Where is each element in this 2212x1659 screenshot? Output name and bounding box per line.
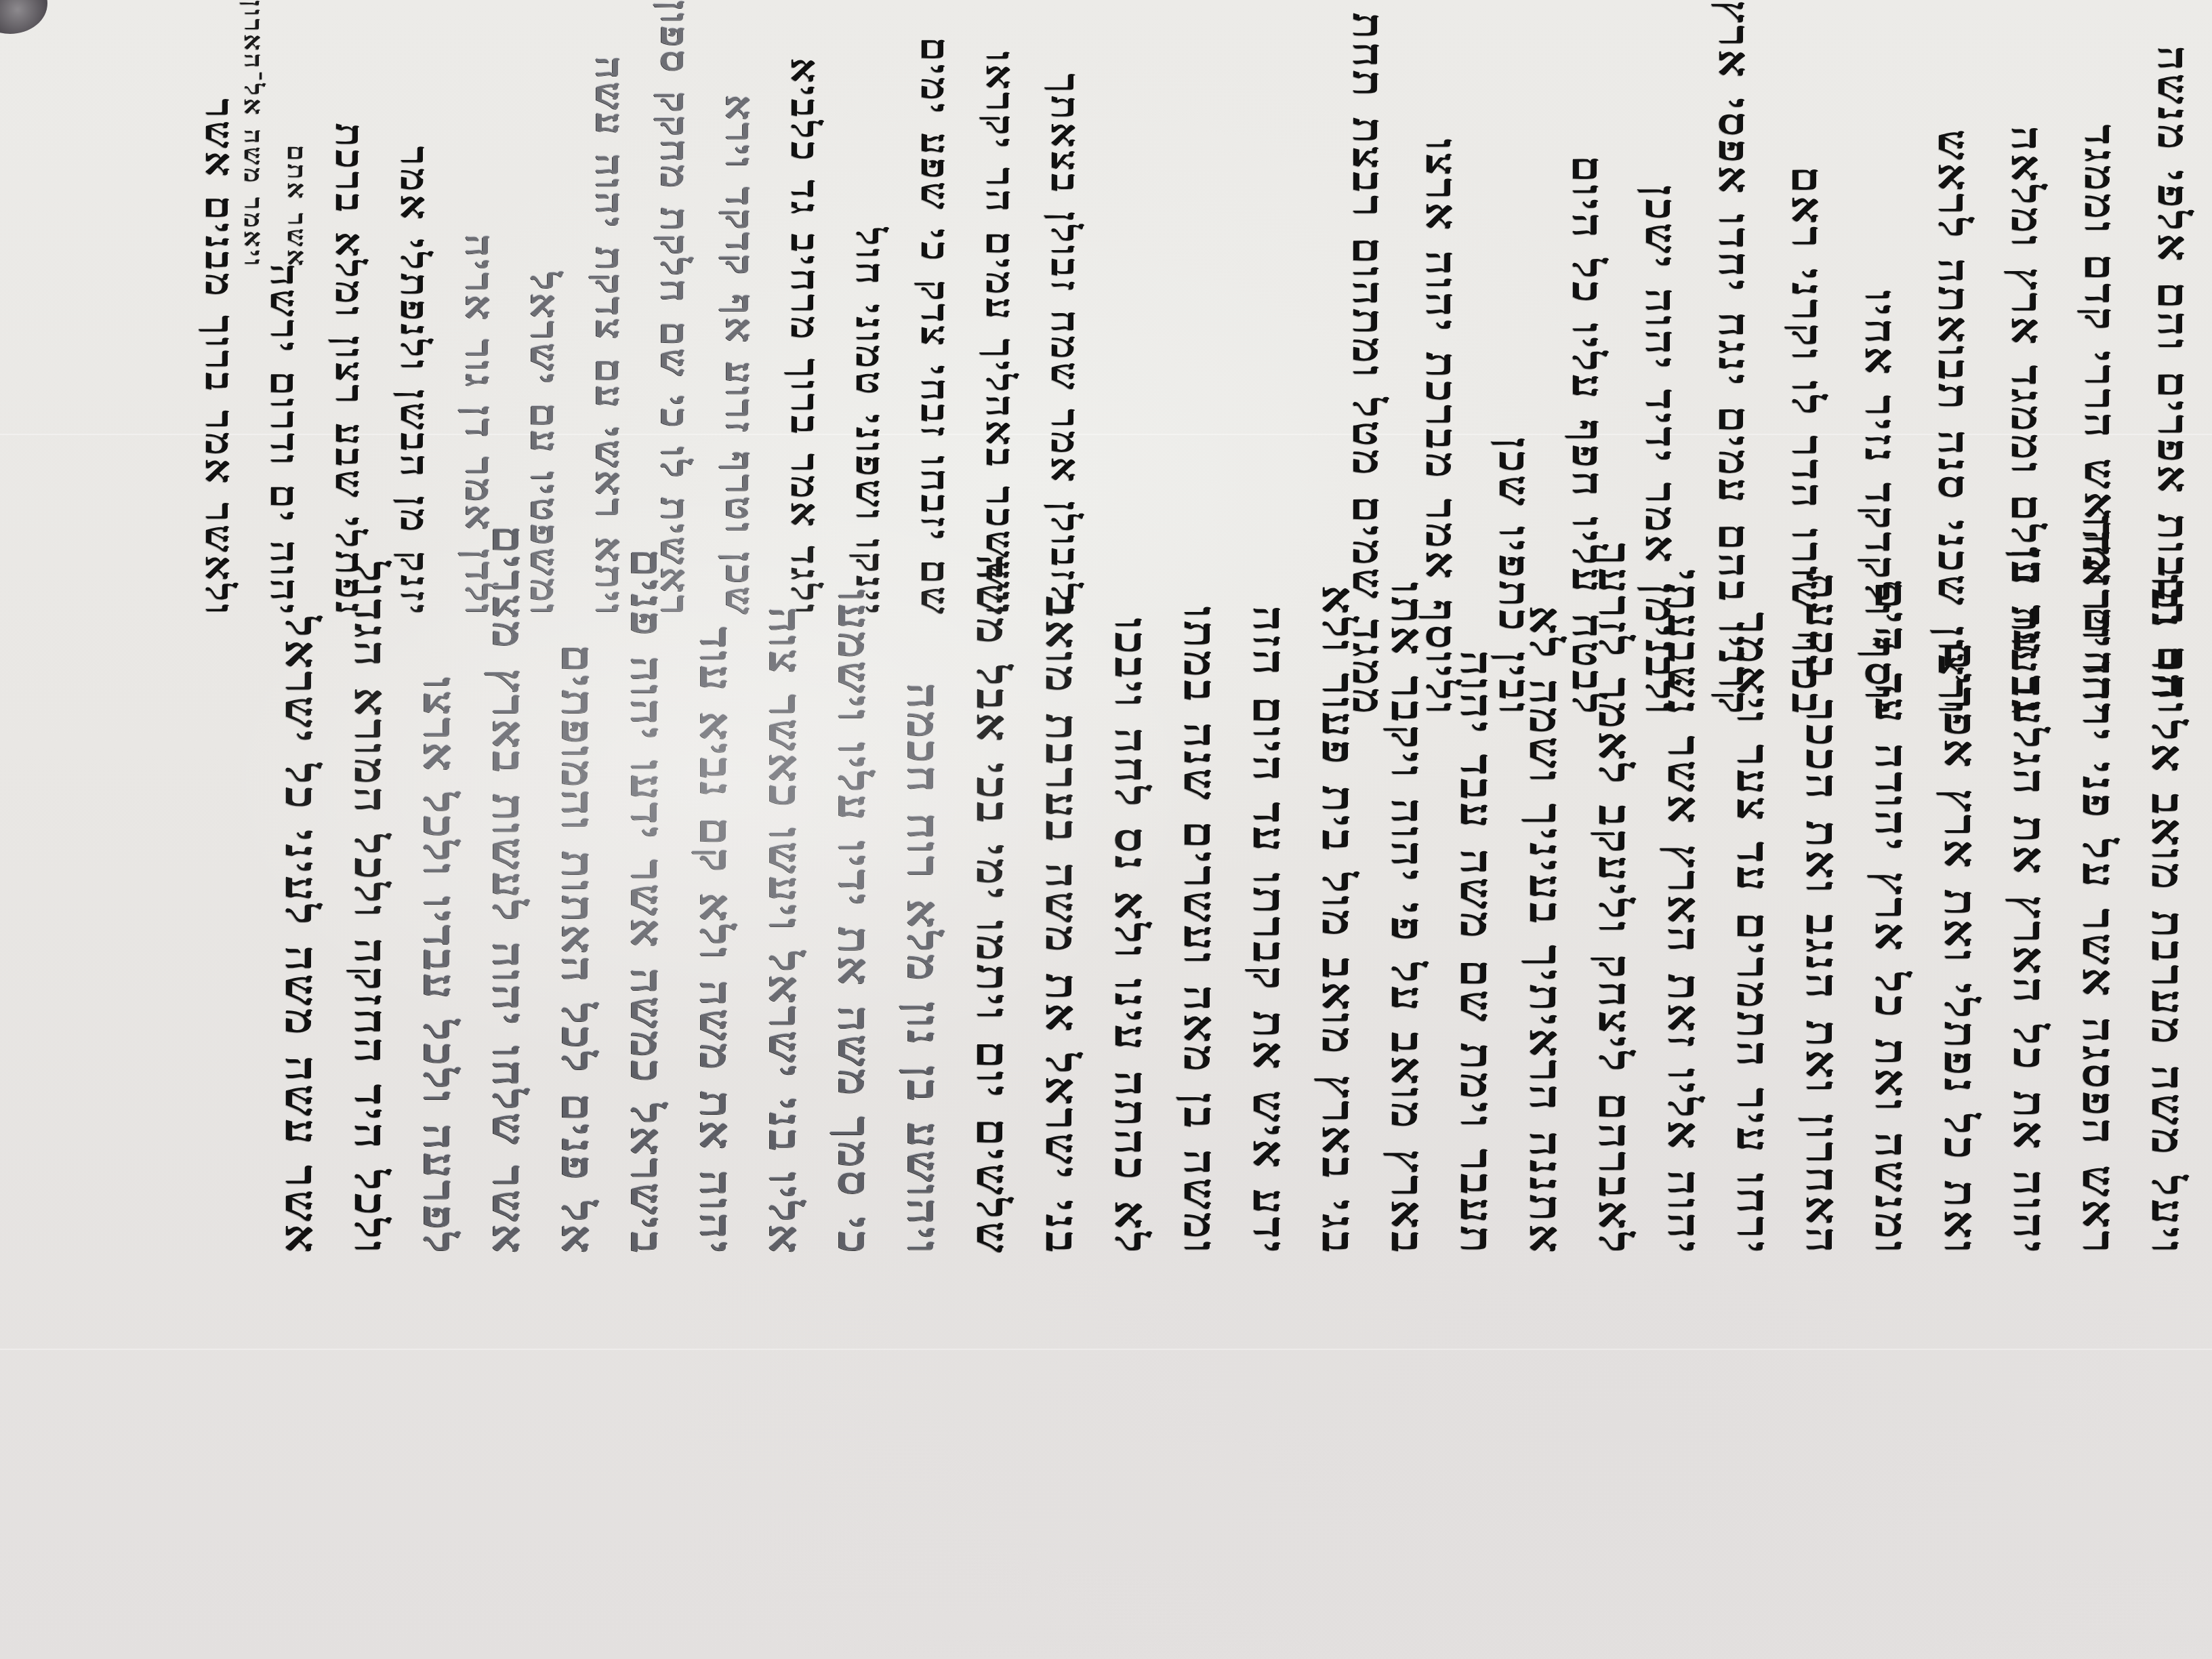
parchment-ruling-line — [0, 1349, 2212, 1350]
text-line: יהוה את כל הארץ את הגלעד עד דן — [1995, 515, 2064, 1255]
text-line: ולכל היד החזקה ולכל המורא הגדול — [336, 515, 405, 1255]
text-line: שלשים יום ויתמו ימי בכי אבל משה — [958, 515, 1027, 1255]
text-line: ומשה בן מאה ועשרים שנה במתו — [1166, 515, 1235, 1255]
text-line: ולאשר אמר ברוך מבנים אשר — [187, 0, 252, 617]
torah-scroll-photo: אשר אתם ויאמר משה אל־הארון ולזבולן אמר ש… — [0, 0, 2212, 1659]
text-line: ראש הפסגה אשר על פני ירחו ויראהו — [2064, 515, 2133, 1255]
text-line: אשר שלחו יהוה לעשות בארץ מצרים — [474, 515, 544, 1255]
text-line: ומנשה ואת כל ארץ יהודה עד הים — [1857, 515, 1926, 1255]
text-line: בגי בארץ מואב מול בית פעור ולא — [1304, 515, 1373, 1255]
text-line: ואת כל נפתלי ואת ארץ אפרים — [1926, 515, 1995, 1255]
text-line: תעבר וימת שם משה עבד יהוה — [1442, 515, 1511, 1255]
text-line: ידע איש את קברתו עד היום הזה — [1235, 515, 1304, 1255]
text-line: יהוה את משה ולא קם נביא עוד — [682, 515, 751, 1255]
text-line: ויעל משה מערבת מואב אל הר נבו — [2133, 515, 2203, 1255]
scroll-roller-edge — [0, 0, 47, 34]
text-line: אתננה הראיתיך בעיניך ושמה לא — [1511, 515, 1580, 1255]
text-line: אשר עשה משה לעיני כל ישראל — [267, 515, 336, 1255]
text-line: יהוה אליו זאת הארץ אשר נשבעתי — [1650, 515, 1719, 1255]
text-line: בארץ מואב על פי יהוה ויקבר אתו — [1373, 515, 1442, 1255]
text-line: אל פנים לכל האתות והמופתים — [544, 515, 613, 1255]
text-line: אליו בני ישראל ויעשו כאשר צוה — [751, 515, 820, 1255]
text-line: ירחו עיר התמרים עד צער ויאמר — [1719, 515, 1788, 1255]
text-line: לאברהם ליצחק וליעקב לאמר לזרעך — [1580, 515, 1650, 1255]
text-line: ויהושע בן נון מלא רוח חכמה — [889, 515, 958, 1255]
text-line: בני ישראל את משה בערבת מואב — [1027, 515, 1097, 1255]
text-line: האחרון ואת הנגב ואת הככר בקעת — [1788, 515, 1857, 1255]
text-line: לפרעה ולכל עבדיו ולכל ארצו — [405, 515, 474, 1255]
text-line: כי סמך משה את ידיו עליו וישמעו — [820, 515, 889, 1255]
column-lower: ויעל משה מערבת מואב אל הר נבו ראש הפסגה … — [267, 515, 2203, 1255]
text-line: לא כהתה עינו ולא נס לחה ויבכו — [1097, 515, 1166, 1255]
text-line: בישראל כמשה אשר ידעו יהוה פנים — [613, 515, 682, 1255]
